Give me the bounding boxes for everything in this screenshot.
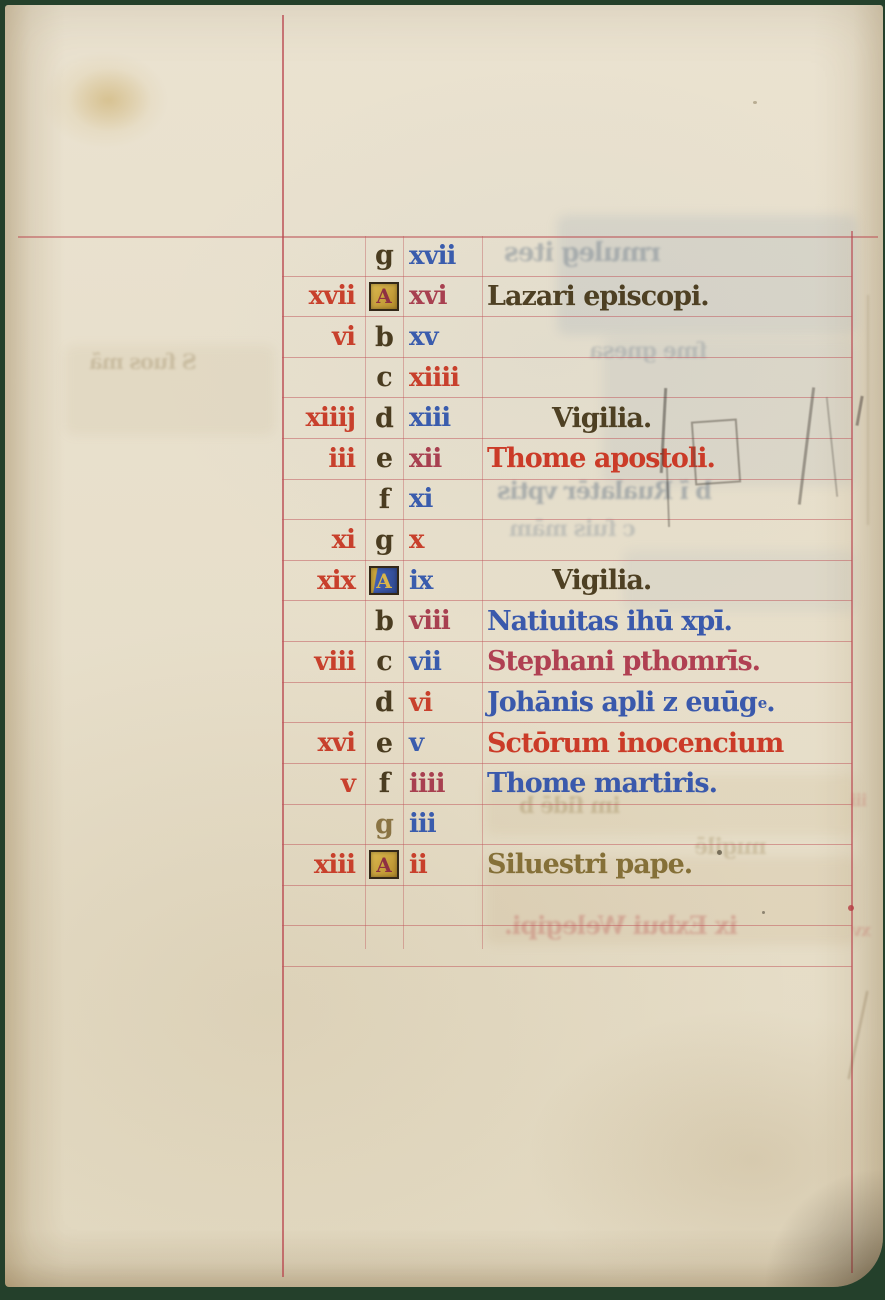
golden-number: xi <box>282 520 365 560</box>
day-count: xiii <box>403 398 482 438</box>
day-count: ii <box>403 845 482 885</box>
dominical-letter: f <box>365 764 403 804</box>
dominical-letter: A <box>365 277 403 317</box>
ink-smudge <box>691 418 741 485</box>
day-count: viii <box>403 601 482 641</box>
golden-number <box>282 601 365 641</box>
day-count: x <box>403 520 482 560</box>
golden-number <box>282 805 365 845</box>
golden-number <box>282 886 365 926</box>
golden-number: vi <box>282 317 365 357</box>
day-count: xvi <box>403 277 482 317</box>
day-count: vi <box>403 683 482 723</box>
calendar-row: gxvii <box>282 236 852 277</box>
calendar-row: vfiiiiThome martiris. <box>282 764 852 805</box>
feast-entry <box>482 926 852 966</box>
feast-entry: Vigilia. <box>482 398 852 438</box>
feast-entry <box>482 317 852 357</box>
golden-number: xiiij <box>282 398 365 438</box>
calendar-row: dviJohānis apli z euūge. <box>282 683 852 724</box>
calendar-row: vibxv <box>282 317 852 358</box>
illuminated-initial-A: A <box>369 282 399 311</box>
dominical-letter: g <box>365 520 403 560</box>
feast-entry: Sctōrum inocencium <box>482 723 852 763</box>
calendar-row: giii <box>282 805 852 846</box>
calendar-row: viiicviiStephani pthomrīs. <box>282 642 852 683</box>
dominical-letter: d <box>365 683 403 723</box>
day-count: xvii <box>403 236 482 276</box>
page-corner-curl <box>753 1147 883 1287</box>
calendar-row: xiiiAiiSiluestri pape. <box>282 845 852 886</box>
golden-number: xix <box>282 561 365 601</box>
day-count: xi <box>403 480 482 520</box>
golden-number <box>282 358 365 398</box>
feast-entry: Stephani pthomrīs. <box>482 642 852 682</box>
golden-number <box>282 236 365 276</box>
golden-number <box>282 480 365 520</box>
dominical-letter: c <box>365 358 403 398</box>
golden-number <box>282 926 365 966</box>
day-count: xii <box>403 439 482 479</box>
calendar-row: xviiAxviLazari episcopi. <box>282 277 852 318</box>
manuscript-page: rmuleg itesſme gnesaS ſuos mãb ĩ Rualatē… <box>5 5 883 1287</box>
illuminated-initial-A: A <box>369 850 399 879</box>
golden-number: viii <box>282 642 365 682</box>
feast-entry: Siluestri pape. <box>482 845 852 885</box>
feast-entry: Vigilia. <box>482 561 852 601</box>
showthrough-text: S ſuos mã <box>90 349 197 374</box>
ink-speck <box>762 911 765 914</box>
dominical-letter: A <box>365 845 403 885</box>
day-count: v <box>403 723 482 763</box>
feast-entry: Thome martiris. <box>482 764 852 804</box>
golden-number: iii <box>282 439 365 479</box>
calendar-row: iiiexiiThome apostoli. <box>282 439 852 480</box>
calendar-row: fxi <box>282 480 852 521</box>
golden-number: v <box>282 764 365 804</box>
calendar-row: xvievSctōrum inocencium <box>282 723 852 764</box>
day-count: ix <box>403 561 482 601</box>
golden-number: xiii <box>282 845 365 885</box>
day-count: xv <box>403 317 482 357</box>
feast-entry <box>482 886 852 926</box>
day-count: xiiii <box>403 358 482 398</box>
calendar-row: cxiiii <box>282 358 852 399</box>
showthrough-text: xv <box>853 921 871 941</box>
feast-entry: Johānis apli z euūge. <box>482 683 852 723</box>
dominical-letter <box>365 926 403 966</box>
ink-speck <box>717 850 722 855</box>
day-count <box>403 926 482 966</box>
photo-backdrop: rmuleg itesſme gnesaS ſuos mãb ĩ Rualatē… <box>0 0 885 1300</box>
dominical-letter: c <box>365 642 403 682</box>
feast-entry: Natiuitas ihū xpī. <box>482 601 852 641</box>
calendar-row <box>282 926 852 967</box>
golden-number <box>282 683 365 723</box>
calendar-row: xigx <box>282 520 852 561</box>
day-count: iii <box>403 805 482 845</box>
feast-entry <box>482 236 852 276</box>
dominical-letter: g <box>365 805 403 845</box>
dominical-letter: d <box>365 398 403 438</box>
crease <box>867 295 869 525</box>
feast-entry <box>482 805 852 845</box>
golden-number: xvi <box>282 723 365 763</box>
calendar-table: gxviixviiAxviLazari episcopi.vibxvcxiiii… <box>282 236 852 949</box>
showthrough-text: iii <box>851 791 867 811</box>
calendar-row: bviiiNatiuitas ihū xpī. <box>282 601 852 642</box>
calendar-row: xiiijdxiiiVigilia. <box>282 398 852 439</box>
dominical-letter: b <box>365 601 403 641</box>
day-count <box>403 886 482 926</box>
dominical-letter: f <box>365 480 403 520</box>
calendar-row <box>282 886 852 927</box>
dominical-letter: e <box>365 439 403 479</box>
dominical-letter: A <box>365 561 403 601</box>
dominical-letter: g <box>365 236 403 276</box>
feast-entry <box>482 520 852 560</box>
dominical-letter: b <box>365 317 403 357</box>
ink-speck <box>753 101 757 104</box>
golden-number: xvii <box>282 277 365 317</box>
day-count: iiii <box>403 764 482 804</box>
dominical-letter: e <box>365 723 403 763</box>
dominical-letter <box>365 886 403 926</box>
day-count: vii <box>403 642 482 682</box>
feast-entry: Lazari episcopi. <box>482 277 852 317</box>
illuminated-initial-A: A <box>369 566 399 595</box>
calendar-row: xixAixVigilia. <box>282 561 852 602</box>
stain <box>65 65 155 135</box>
